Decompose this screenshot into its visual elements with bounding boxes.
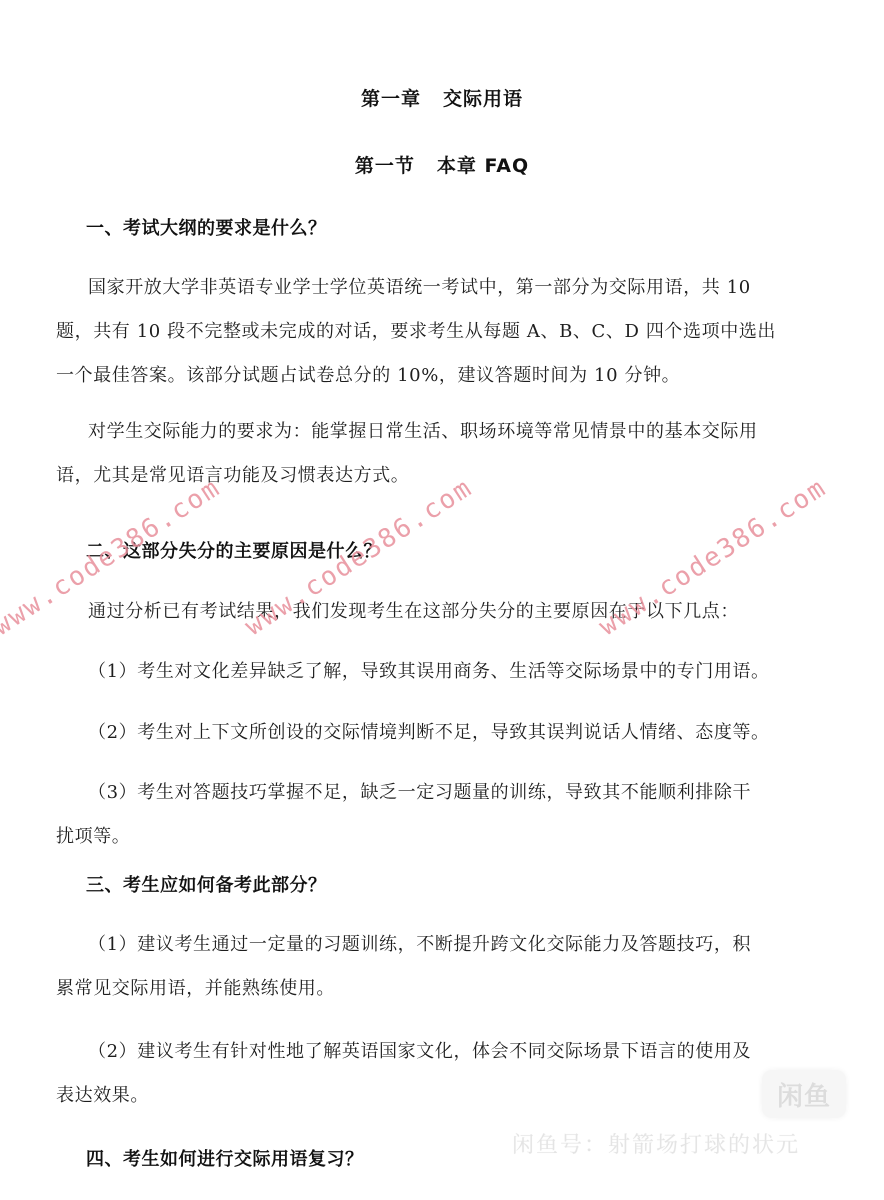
paragraph-line: （2）建议考生有针对性地了解英语国家文化，体会不同交际场景下语言的使用及 [56, 1030, 830, 1074]
paragraph-line: 扰项等。 [56, 815, 830, 859]
paragraph-q1-1: 国家开放大学非英语专业学士学位英语统一考试中，第一部分为交际用语，共 10 题，… [56, 266, 830, 398]
paragraph-q3-2: （2）建议考生有针对性地了解英语国家文化，体会不同交际场景下语言的使用及 表达效… [56, 1030, 830, 1118]
paragraph-line: （1）考生对文化差异缺乏了解，导致其误用商务、生活等交际场景中的专门用语。 [56, 650, 830, 694]
paragraph-q2-3: （2）考生对上下文所创设的交际情境判断不足，导致其误判说话人情绪、态度等。 [56, 711, 830, 755]
section-number: 第一节 [355, 155, 415, 177]
paragraph-line: 一个最佳答案。该部分试题占试卷总分的 10%，建议答题时间为 10 分钟。 [56, 354, 830, 398]
xianyu-logo-icon: 闲鱼 [762, 1070, 846, 1118]
paragraph-line: 表达效果。 [56, 1074, 830, 1118]
paragraph-q2-2: （1）考生对文化差异缺乏了解，导致其误用商务、生活等交际场景中的专门用语。 [56, 650, 830, 694]
paragraph-line: 累常见交际用语，并能熟练使用。 [56, 967, 830, 1011]
question-heading-1: 一、考试大纲的要求是什么？ [86, 214, 327, 240]
paragraph-q2-4: （3）考生对答题技巧掌握不足，缺乏一定习题量的训练，导致其不能顺利排除干 扰项等… [56, 771, 830, 859]
paragraph-q2-1: 通过分析已有考试结果，我们发现考生在这部分失分的主要原因在于以下几点： [56, 590, 830, 634]
question-heading-3: 三、考生应如何备考此部分？ [86, 871, 327, 897]
document-page: 第一章交际用语 第一节本章 FAQ 一、考试大纲的要求是什么？ 国家开放大学非英… [0, 0, 884, 1200]
xianyu-logo-text: 闲鱼 [777, 1076, 831, 1113]
chapter-title: 第一章交际用语 [0, 84, 884, 111]
section-title: 第一节本章 FAQ [0, 151, 884, 178]
question-heading-4: 四、考生如何进行交际用语复习？ [86, 1145, 364, 1171]
paragraph-line: 国家开放大学非英语专业学士学位英语统一考试中，第一部分为交际用语，共 10 [56, 266, 830, 310]
paragraph-line: （2）考生对上下文所创设的交际情境判断不足，导致其误判说话人情绪、态度等。 [56, 711, 830, 755]
paragraph-line: 对学生交际能力的要求为：能掌握日常生活、职场环境等常见情景中的基本交际用 [56, 410, 830, 454]
paragraph-line: 通过分析已有考试结果，我们发现考生在这部分失分的主要原因在于以下几点： [56, 590, 830, 634]
xianyu-id-watermark: 闲鱼号：射箭场打球的状元 [512, 1128, 800, 1159]
paragraph-q3-1: （1）建议考生通过一定量的习题训练，不断提升跨文化交际能力及答题技巧，积 累常见… [56, 923, 830, 1011]
section-name: 本章 FAQ [437, 155, 529, 177]
chapter-number: 第一章 [361, 88, 421, 110]
chapter-name: 交际用语 [443, 88, 523, 110]
paragraph-line: （1）建议考生通过一定量的习题训练，不断提升跨文化交际能力及答题技巧，积 [56, 923, 830, 967]
paragraph-line: 题，共有 10 段不完整或未完成的对话，要求考生从每题 A、B、C、D 四个选项… [56, 310, 830, 354]
paragraph-line: （3）考生对答题技巧掌握不足，缺乏一定习题量的训练，导致其不能顺利排除干 [56, 771, 830, 815]
